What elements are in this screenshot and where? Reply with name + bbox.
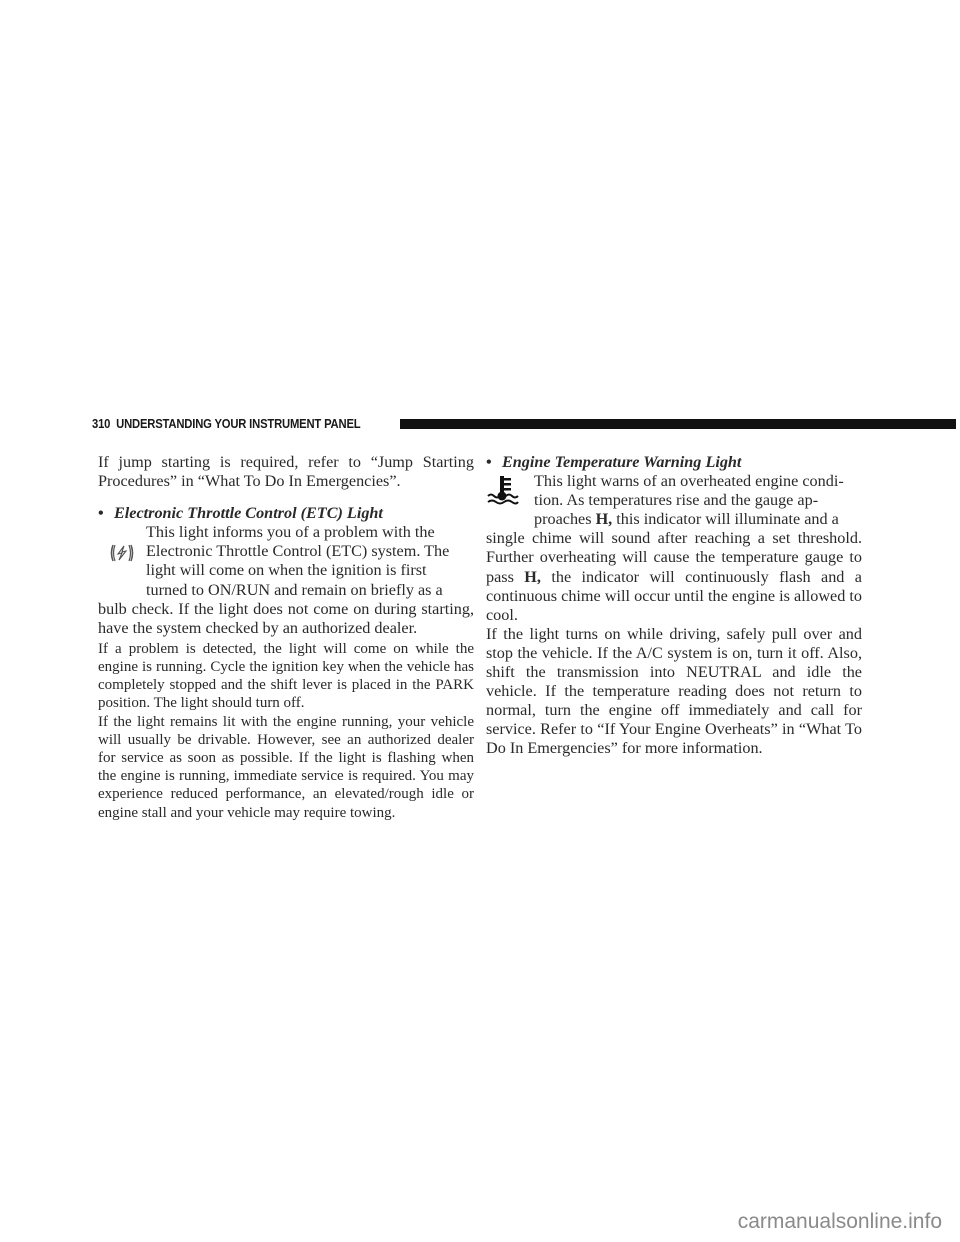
bullet-dot: • — [98, 504, 104, 523]
engine-temp-description: This light warns of an overheated engine… — [486, 472, 862, 625]
h-marker: H, — [524, 568, 541, 586]
etc-text-line-2: Electronic Throttle Control (ETC) system… — [146, 542, 474, 561]
etc-light-icon — [110, 543, 134, 563]
temp-text-line-2: tion. As temperatures rise and the gauge… — [534, 491, 862, 510]
h-marker: H, — [596, 510, 613, 528]
jump-start-paragraph: If jump starting is required, refer to “… — [98, 453, 474, 491]
etc-light-title: Electronic Throttle Control (ETC) Light — [114, 504, 383, 522]
right-column: • Engine Temperature Warning Light This … — [486, 453, 862, 759]
temp-text-line-3: proaches H, this indicator will illumina… — [534, 510, 862, 529]
etc-light-description: This light informs you of a problem with… — [98, 523, 474, 638]
header-bar-divider — [400, 419, 956, 429]
etc-text-continuation: bulb check. If the light does not come o… — [98, 600, 474, 638]
watermark: carmanualsonline.info — [738, 1210, 942, 1234]
engine-temperature-icon — [486, 474, 520, 508]
etc-text-line-1: This light informs you of a problem with… — [146, 523, 474, 542]
page-header-text: 310 UNDERSTANDING YOUR INSTRUMENT PANEL — [92, 417, 360, 431]
left-column: If jump starting is required, refer to “… — [98, 453, 474, 822]
page-header: 310 UNDERSTANDING YOUR INSTRUMENT PANEL — [92, 417, 960, 431]
bullet-dot: • — [486, 453, 492, 472]
temp-driving-paragraph: If the light turns on while driving, saf… — [486, 625, 862, 759]
page-number: 310 — [92, 417, 110, 431]
etc-remains-lit-paragraph: If the light remains lit with the engine… — [98, 713, 474, 822]
engine-temp-heading: • Engine Temperature Warning Light — [486, 453, 862, 472]
etc-light-heading: • Electronic Throttle Control (ETC) Ligh… — [98, 504, 474, 523]
engine-temp-title: Engine Temperature Warning Light — [502, 453, 741, 471]
temp-text-continuation: single chime will sound after reaching a… — [486, 529, 862, 624]
etc-text-line-3: light will come on when the ignition is … — [146, 561, 474, 580]
etc-problem-paragraph: If a problem is detected, the light will… — [98, 640, 474, 713]
temp-text-line-1: This light warns of an overheated engine… — [534, 472, 862, 491]
section-title: UNDERSTANDING YOUR INSTRUMENT PANEL — [116, 417, 360, 431]
etc-text-line-4: turned to ON/RUN and remain on briefly a… — [146, 581, 474, 600]
